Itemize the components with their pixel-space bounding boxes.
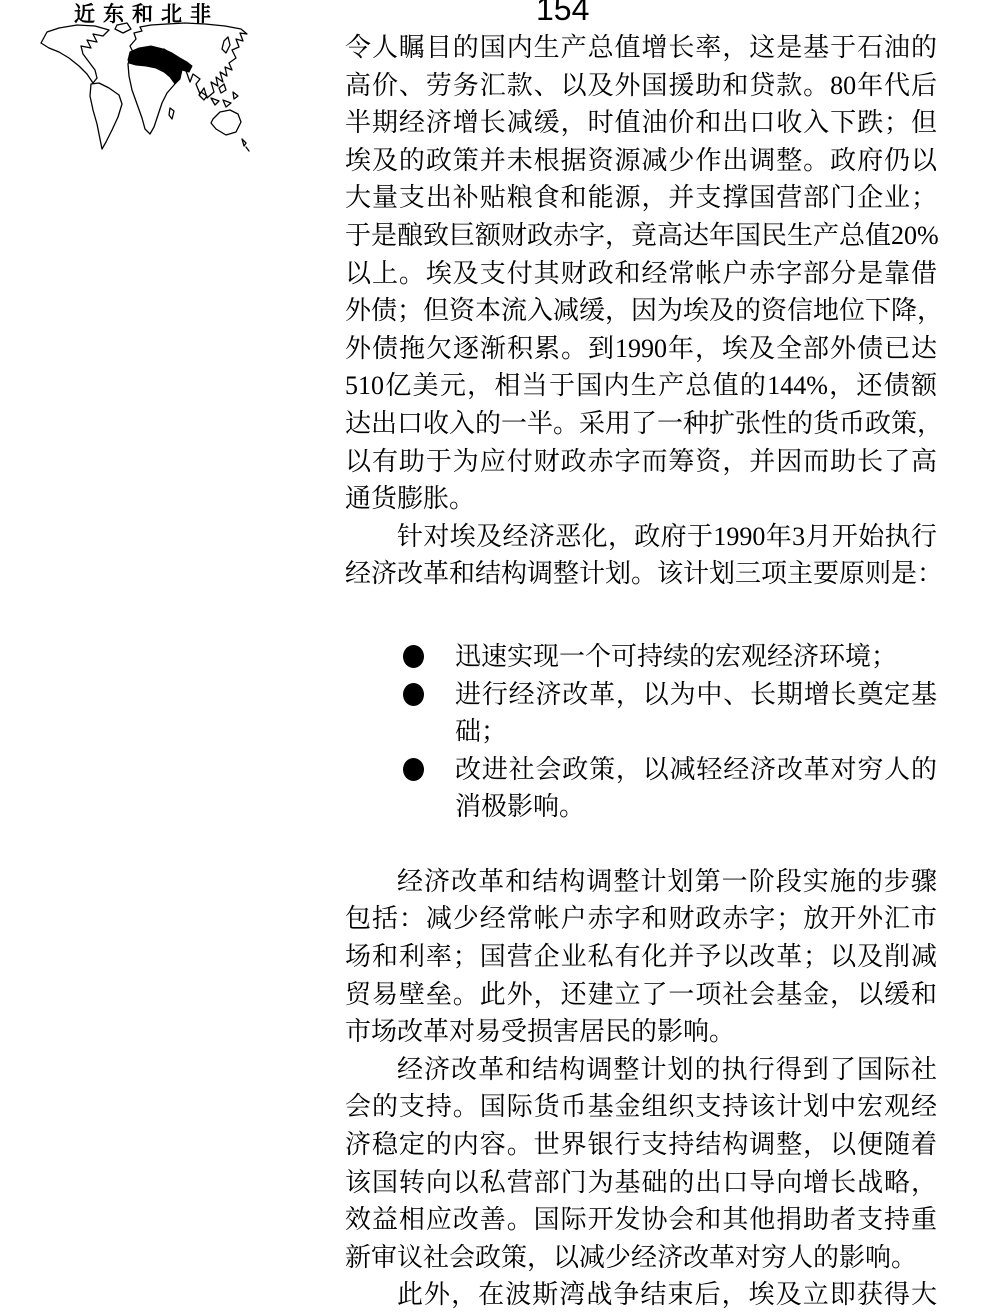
paragraph-5: 此外，在波斯湾战争结束后，埃及立即获得大	[345, 1276, 937, 1312]
page-number: 154	[536, 0, 589, 28]
text-line: 消极影响。	[455, 788, 937, 826]
mena-region-highlight	[128, 46, 192, 84]
bullet-icon	[403, 683, 424, 706]
new-zealand-outline	[242, 139, 249, 151]
text-line: 础；	[455, 713, 937, 751]
body-text-column: 令人瞩目的国内生产总值增长率，这是基于石油的 高价、劳务汇款、以及外国援助和贷款…	[345, 29, 937, 1312]
bullet-icon	[403, 758, 424, 781]
text-line: 济稳定的内容。世界银行支持结构调整，以便随着	[345, 1126, 937, 1164]
text-line: 510亿美元，相当于国内生产总值的144%，还债额	[345, 367, 937, 405]
principles-bullet-list: 迅速实现一个可持续的宏观经济环境； 进行经济改革，以为中、长期增长奠定基 础； …	[345, 638, 937, 826]
text-line: 以上。埃及支付其财政和经常帐户赤字部分是靠借	[345, 255, 937, 293]
text-line: 经济改革和结构调整计划。该计划三项主要原则是：	[345, 555, 937, 593]
text-line: 针对埃及经济恶化，政府于1990年3月开始执行	[345, 518, 937, 556]
madagascar-outline	[169, 108, 174, 119]
text-line: 此外，在波斯湾战争结束后，埃及立即获得大	[345, 1276, 937, 1312]
world-map-image	[33, 22, 255, 154]
text-line: 市场改革对易受损害居民的影响。	[345, 1013, 937, 1051]
text-line: 经济改革和结构调整计划第一阶段实施的步骤	[345, 863, 937, 901]
greenland-outline	[115, 23, 131, 33]
bullet-item: 改进社会政策，以减轻经济改革对穷人的 消极影响。	[345, 751, 937, 826]
text-line: 场和利率；国营企业私有化并予以改革；以及削减	[345, 938, 937, 976]
paragraph-3: 经济改革和结构调整计划第一阶段实施的步骤 包括：减少经常帐户赤字和财政赤字；放开…	[345, 863, 937, 1051]
paragraph-4: 经济改革和结构调整计划的执行得到了国际社 会的支持。国际货币基金组织支持该计划中…	[345, 1051, 937, 1277]
text-line: 于是酿致巨额财政赤字，竟高达年国民生产总值20%	[345, 217, 937, 255]
text-line: 进行经济改革，以为中、长期增长奠定基	[455, 676, 937, 714]
text-line: 会的支持。国际货币基金组织支持该计划中宏观经	[345, 1088, 937, 1126]
text-line: 该国转向以私营部门为基础的出口导向增长战略，	[345, 1164, 937, 1202]
text-line: 外债拖欠逐渐积累。到1990年，埃及全部外债已达	[345, 330, 937, 368]
text-line: 通货膨胀。	[345, 480, 937, 518]
text-line: 外债；但资本流入减缓，因为埃及的资信地位下降，	[345, 292, 937, 330]
text-line: 改进社会政策，以减轻经济改革对穷人的	[455, 751, 937, 789]
south-america-outline	[90, 83, 122, 149]
bullet-icon	[403, 645, 424, 668]
southeast-asia-islands	[199, 84, 238, 107]
text-line: 以有助于为应付财政赤字而筹资，并因而助长了高	[345, 443, 937, 481]
text-line: 经济改革和结构调整计划的执行得到了国际社	[345, 1051, 937, 1089]
text-line: 新审议社会政策，以减少经济改革对穷人的影响。	[345, 1239, 937, 1277]
text-line: 效益相应改善。国际开发协会和其他捐助者支持重	[345, 1201, 937, 1239]
paragraph-2: 针对埃及经济恶化，政府于1990年3月开始执行 经济改革和结构调整计划。该计划三…	[345, 518, 937, 593]
australia-outline	[211, 110, 241, 135]
text-line: 埃及的政策并未根据资源减少作出调整。政府仍以	[345, 142, 937, 180]
text-line: 高价、劳务汇款、以及外国援助和贷款。80年代后	[345, 67, 937, 105]
text-line: 达出口收入的一半。采用了一种扩张性的货币政策，	[345, 405, 937, 443]
text-line: 半期经济增长减缓，时值油价和出口收入下跌；但	[345, 104, 937, 142]
text-line: 大量支出补贴粮食和能源，并支撑国营部门企业；	[345, 179, 937, 217]
text-line: 包括：减少经常帐户赤字和财政赤字；放开外汇市	[345, 900, 937, 938]
document-page: 154 近东和北非 令人瞩目的国内生产总值增长率，这是基于石油的 高价、劳务汇款…	[0, 0, 1000, 1312]
text-line: 令人瞩目的国内生产总值增长率，这是基于石油的	[345, 29, 937, 67]
paragraph-1: 令人瞩目的国内生产总值增长率，这是基于石油的 高价、劳务汇款、以及外国援助和贷款…	[345, 29, 937, 518]
bullet-item: 迅速实现一个可持续的宏观经济环境；	[345, 638, 937, 676]
text-line: 贸易壁垒。此外，还建立了一项社会基金，以缓和	[345, 976, 937, 1014]
bullet-item: 进行经济改革，以为中、长期增长奠定基 础；	[345, 676, 937, 751]
north-america-outline	[41, 25, 109, 83]
japan-outline	[222, 37, 230, 53]
text-line: 迅速实现一个可持续的宏观经济环境；	[455, 638, 937, 676]
